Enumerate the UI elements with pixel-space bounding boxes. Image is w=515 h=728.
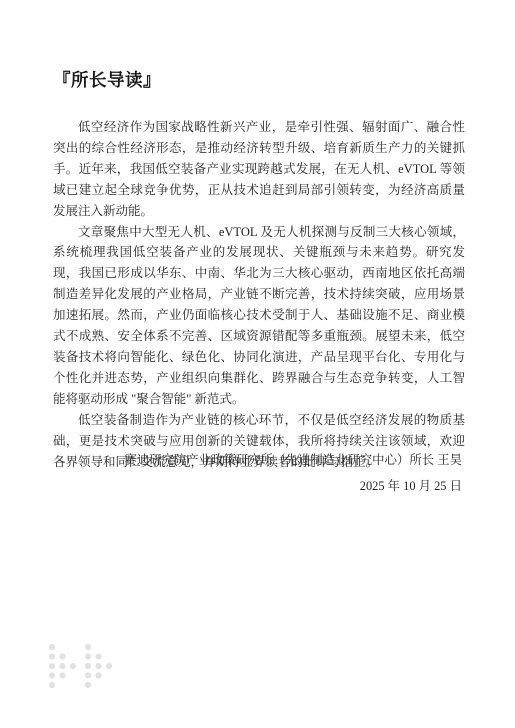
paragraph-1: 低空经济作为国家战略性新兴产业，是牵引性强、辐射面广、融合性突出的综合性经济形态… — [53, 117, 465, 222]
date-line: 2025 年 10 月 25 日 — [50, 474, 462, 498]
document-page: 『所长导读』 低空经济作为国家战略性新兴产业，是牵引性强、辐射面广、融合性突出的… — [0, 0, 515, 728]
page-title: 『所长导读』 — [53, 67, 161, 92]
signature-line: 赛迪研究院产业政策研究所（先进制造业研究中心）所长 王昊 — [50, 448, 462, 472]
dot-pattern-logo-icon — [45, 642, 113, 690]
paragraph-2: 文章聚焦中大型无人机、eVTOL 及无人机探测与反制三大核心领域，系统梳理我国低… — [53, 222, 465, 410]
body-text: 低空经济作为国家战略性新兴产业，是牵引性强、辐射面广、融合性突出的综合性经济形态… — [53, 117, 465, 472]
signature-block: 赛迪研究院产业政策研究所（先进制造业研究中心）所长 王昊 2025 年 10 月… — [50, 448, 462, 498]
